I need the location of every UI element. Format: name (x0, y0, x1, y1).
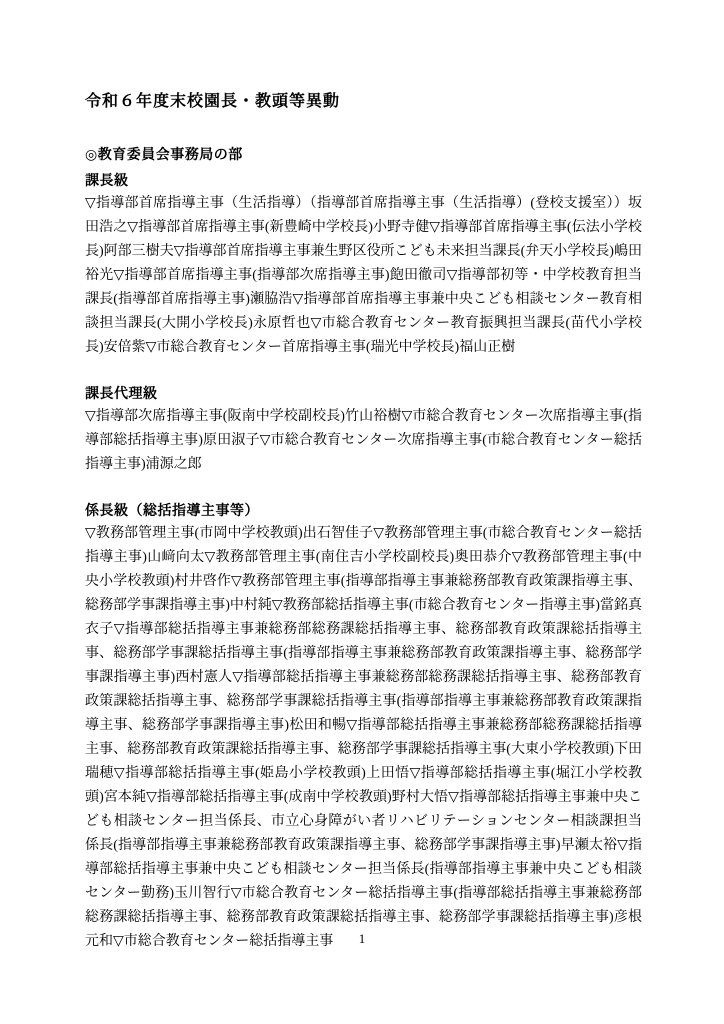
section-kachodairikyu-heading: 課長代理級 (85, 381, 642, 405)
department-heading: ◎教育委員会事務局の部 (85, 142, 642, 166)
section-kachokyu-heading: 課長級 (85, 168, 642, 192)
document-title: 令和６年度末校園長・教頭等異動 (85, 92, 340, 112)
section-kakarichokyu-body: ▽教務部管理主事(市岡中学校教頭)出石智佳子▽教務部管理主事(市総合教育センター… (85, 522, 642, 954)
section-kachokyu-body: ▽指導部首席指導主事（生活指導）（指導部首席指導主事（生活指導）(登校支援室））… (85, 192, 642, 360)
section-kachokyu: 課長級 ▽指導部首席指導主事（生活指導）（指導部首席指導主事（生活指導）(登校支… (85, 168, 642, 360)
page-number: 1 (0, 930, 724, 948)
document-body: ◎教育委員会事務局の部 課長級 ▽指導部首席指導主事（生活指導）（指導部首席指導… (85, 142, 642, 975)
section-kakarichokyu-heading: 係長級（総括指導主事等） (85, 498, 642, 522)
document-page: 令和６年度末校園長・教頭等異動 ◎教育委員会事務局の部 課長級 ▽指導部首席指導… (0, 0, 724, 1024)
section-kachodairikyu-body: ▽指導部次席指導主事(阪南中学校副校長)竹山裕樹▽市総合教育センター次席指導主事… (85, 405, 642, 477)
section-kachodairikyu: 課長代理級 ▽指導部次席指導主事(阪南中学校副校長)竹山裕樹▽市総合教育センター… (85, 381, 642, 477)
section-kakarichokyu: 係長級（総括指導主事等） ▽教務部管理主事(市岡中学校教頭)出石智佳子▽教務部管… (85, 498, 642, 954)
